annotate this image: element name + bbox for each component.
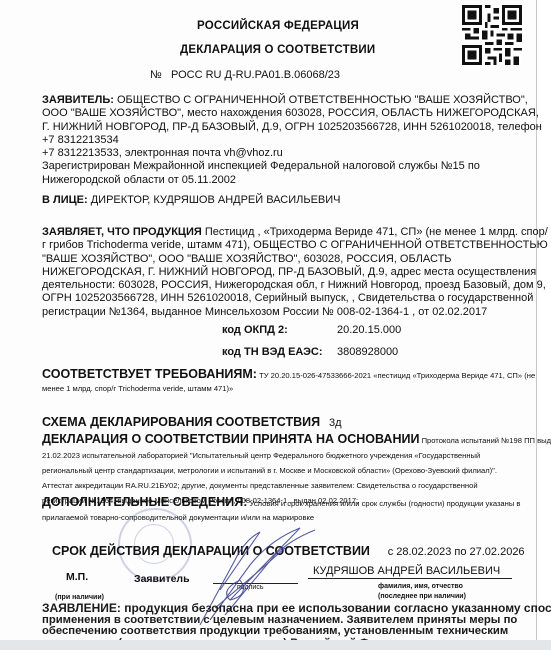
applicant-line: Зарегистрирован Межрайонной инспекцией Ф… <box>42 160 512 173</box>
product-line: деятельности: 603028, РОССИЯ, Нижегородс… <box>42 279 512 292</box>
product-line: "ВАШЕ ХОЗЯЙСТВО", ООО "ВАШЕ ХОЗЯЙСТВО", … <box>42 253 512 266</box>
product-line: НИЖЕГОРОДСКАЯ, Г. НИЖНИЙ НОВГОРОД, ПР-Д … <box>42 266 512 279</box>
document-title: ДЕКЛАРАЦИЯ О СООТВЕТСТВИИ <box>180 44 375 56</box>
validity-value: с 28.02.2023 по 27.02.2026 <box>388 546 525 558</box>
represented-by: В ЛИЦЕ: ДИРЕКТОР, КУДРЯШОВ АНДРЕЙ ВАСИЛЬ… <box>42 194 512 207</box>
scheme-label: СХЕМА ДЕКЛАРИРОВАНИЯ СООТВЕТСТВИЯ <box>42 415 320 429</box>
requirements-line: ТУ 20.20.15-026-47533666-2021 «пестицид … <box>257 371 535 380</box>
number-value: РОСС RU Д-RU.PA01.B.06068/23 <box>171 69 340 81</box>
applicant-line: +7 8312213533, электронная почта vh@vhoz… <box>42 147 512 160</box>
requirements-line: менее 1 млрд. спор/г Trichoderma veride,… <box>42 383 512 395</box>
scheme-value: 3д <box>329 417 342 429</box>
basis-line: Аттестат аккредитации RA.RU.21БУ02; друг… <box>42 478 512 493</box>
document-page: РОССИЙСКАЯ ФЕДЕРАЦИЯ ДЕКЛАРАЦИЯ О СООТВЕ… <box>0 0 537 640</box>
statement-line: ЗАЯВЛЕНИЕ: продукция безопасна при ее ис… <box>42 603 512 615</box>
okpd-label: код ОКПД 2: <box>222 324 288 337</box>
qr-code-icon <box>461 5 523 65</box>
declaration-number: № РОСС RU Д-RU.PA01.B.06068/23 <box>150 69 340 81</box>
name-caption-2: (последнее при наличии) <box>378 593 466 600</box>
product-line: г грибов Trichoderma veride, штамм 471),… <box>42 239 512 252</box>
seal-label: М.П. <box>66 571 88 583</box>
product-section: ЗАЯВЛЯЕТ, ЧТО ПРОДУКЦИЯ Пестицид , «Трих… <box>42 226 512 319</box>
signer-name: КУДРЯШОВ АНДРЕЙ ВАСИЛЬЕВИЧ <box>313 565 500 577</box>
requirements-section: СООТВЕТСТВУЕТ ТРЕБОВАНИЯМ: ТУ 20.20.15-0… <box>42 365 512 395</box>
statement-line: обеспечению соответствия продукции требо… <box>42 626 512 638</box>
basis-line: Протокола испытаний №198 ПП выдан <box>419 436 551 445</box>
product-line: регистрации №1364, выданное Минсельхозом… <box>42 306 512 319</box>
applicant-line: Г. НИЖНИЙ НОВГОРОД, ПР-Д БАЗОВЫЙ, Д.9, О… <box>42 121 512 134</box>
okpd-value: 20.20.15.000 <box>337 324 401 337</box>
seal-caption: (при наличии) <box>55 594 104 601</box>
applicant-line: Нижегородской области от 05.11.2002 <box>42 174 512 187</box>
applicant-label: ЗАЯВИТЕЛЬ: <box>42 94 114 106</box>
additional-label: ДОПОЛНИТЕЛЬНЫЕ СВЕДЕНИЯ: <box>42 495 247 509</box>
product-label: ЗАЯВЛЯЕТ, ЧТО ПРОДУКЦИЯ <box>42 226 202 238</box>
tnved-label: код ТН ВЭД ЕАЭС: <box>222 346 323 359</box>
applicant-line: ОБЩЕСТВО С ОГРАНИЧЕННОЙ ОТВЕТСТВЕННОСТЬЮ… <box>114 94 528 106</box>
basis-line: региональный центр стандартизации, метро… <box>42 463 512 478</box>
viewer-bottom-bar <box>0 640 551 650</box>
represented-by-label: В ЛИЦЕ: <box>42 194 88 206</box>
applicant-line: ООО "ВАШЕ ХОЗЯЙСТВО", место нахождения 6… <box>42 107 512 120</box>
product-line: Пестицид , «Триходерма Вериде 471, СП» (… <box>202 226 548 238</box>
basis-label: ДЕКЛАРАЦИЯ О СООТВЕТСТВИИ ПРИНЯТА НА ОСН… <box>42 432 419 446</box>
tnved-value: 3808928000 <box>337 346 398 359</box>
applicant-line: +7 8312213534 <box>42 134 512 147</box>
scheme-section: СХЕМА ДЕКЛАРИРОВАНИЯ СООТВЕТСТВИЯ 3д <box>42 413 512 431</box>
requirements-label: СООТВЕТСТВУЕТ ТРЕБОВАНИЯМ: <box>42 367 257 381</box>
applicant-section: ЗАЯВИТЕЛЬ: ОБЩЕСТВО С ОГРАНИЧЕННОЙ ОТВЕТ… <box>42 94 512 187</box>
number-label: № <box>150 69 162 81</box>
basis-line: 21.02.2023 испытательной лабораторией "И… <box>42 448 512 463</box>
product-line: ОГРН 1025203566728, ИНН 5261020018, Сери… <box>42 292 512 305</box>
name-caption: фамилия, имя, отчество <box>378 583 463 590</box>
name-line <box>308 578 512 579</box>
additional-line: Условия и срок хранения и/или срок служб… <box>247 499 520 508</box>
country-title: РОССИЙСКАЯ ФЕДЕРАЦИЯ <box>197 20 359 32</box>
represented-by-value: ДИРЕКТОР, КУДРЯШОВ АНДРЕЙ ВАСИЛЬЕВИЧ <box>88 194 341 206</box>
applicant-sign-label: Заявитель <box>134 573 190 585</box>
